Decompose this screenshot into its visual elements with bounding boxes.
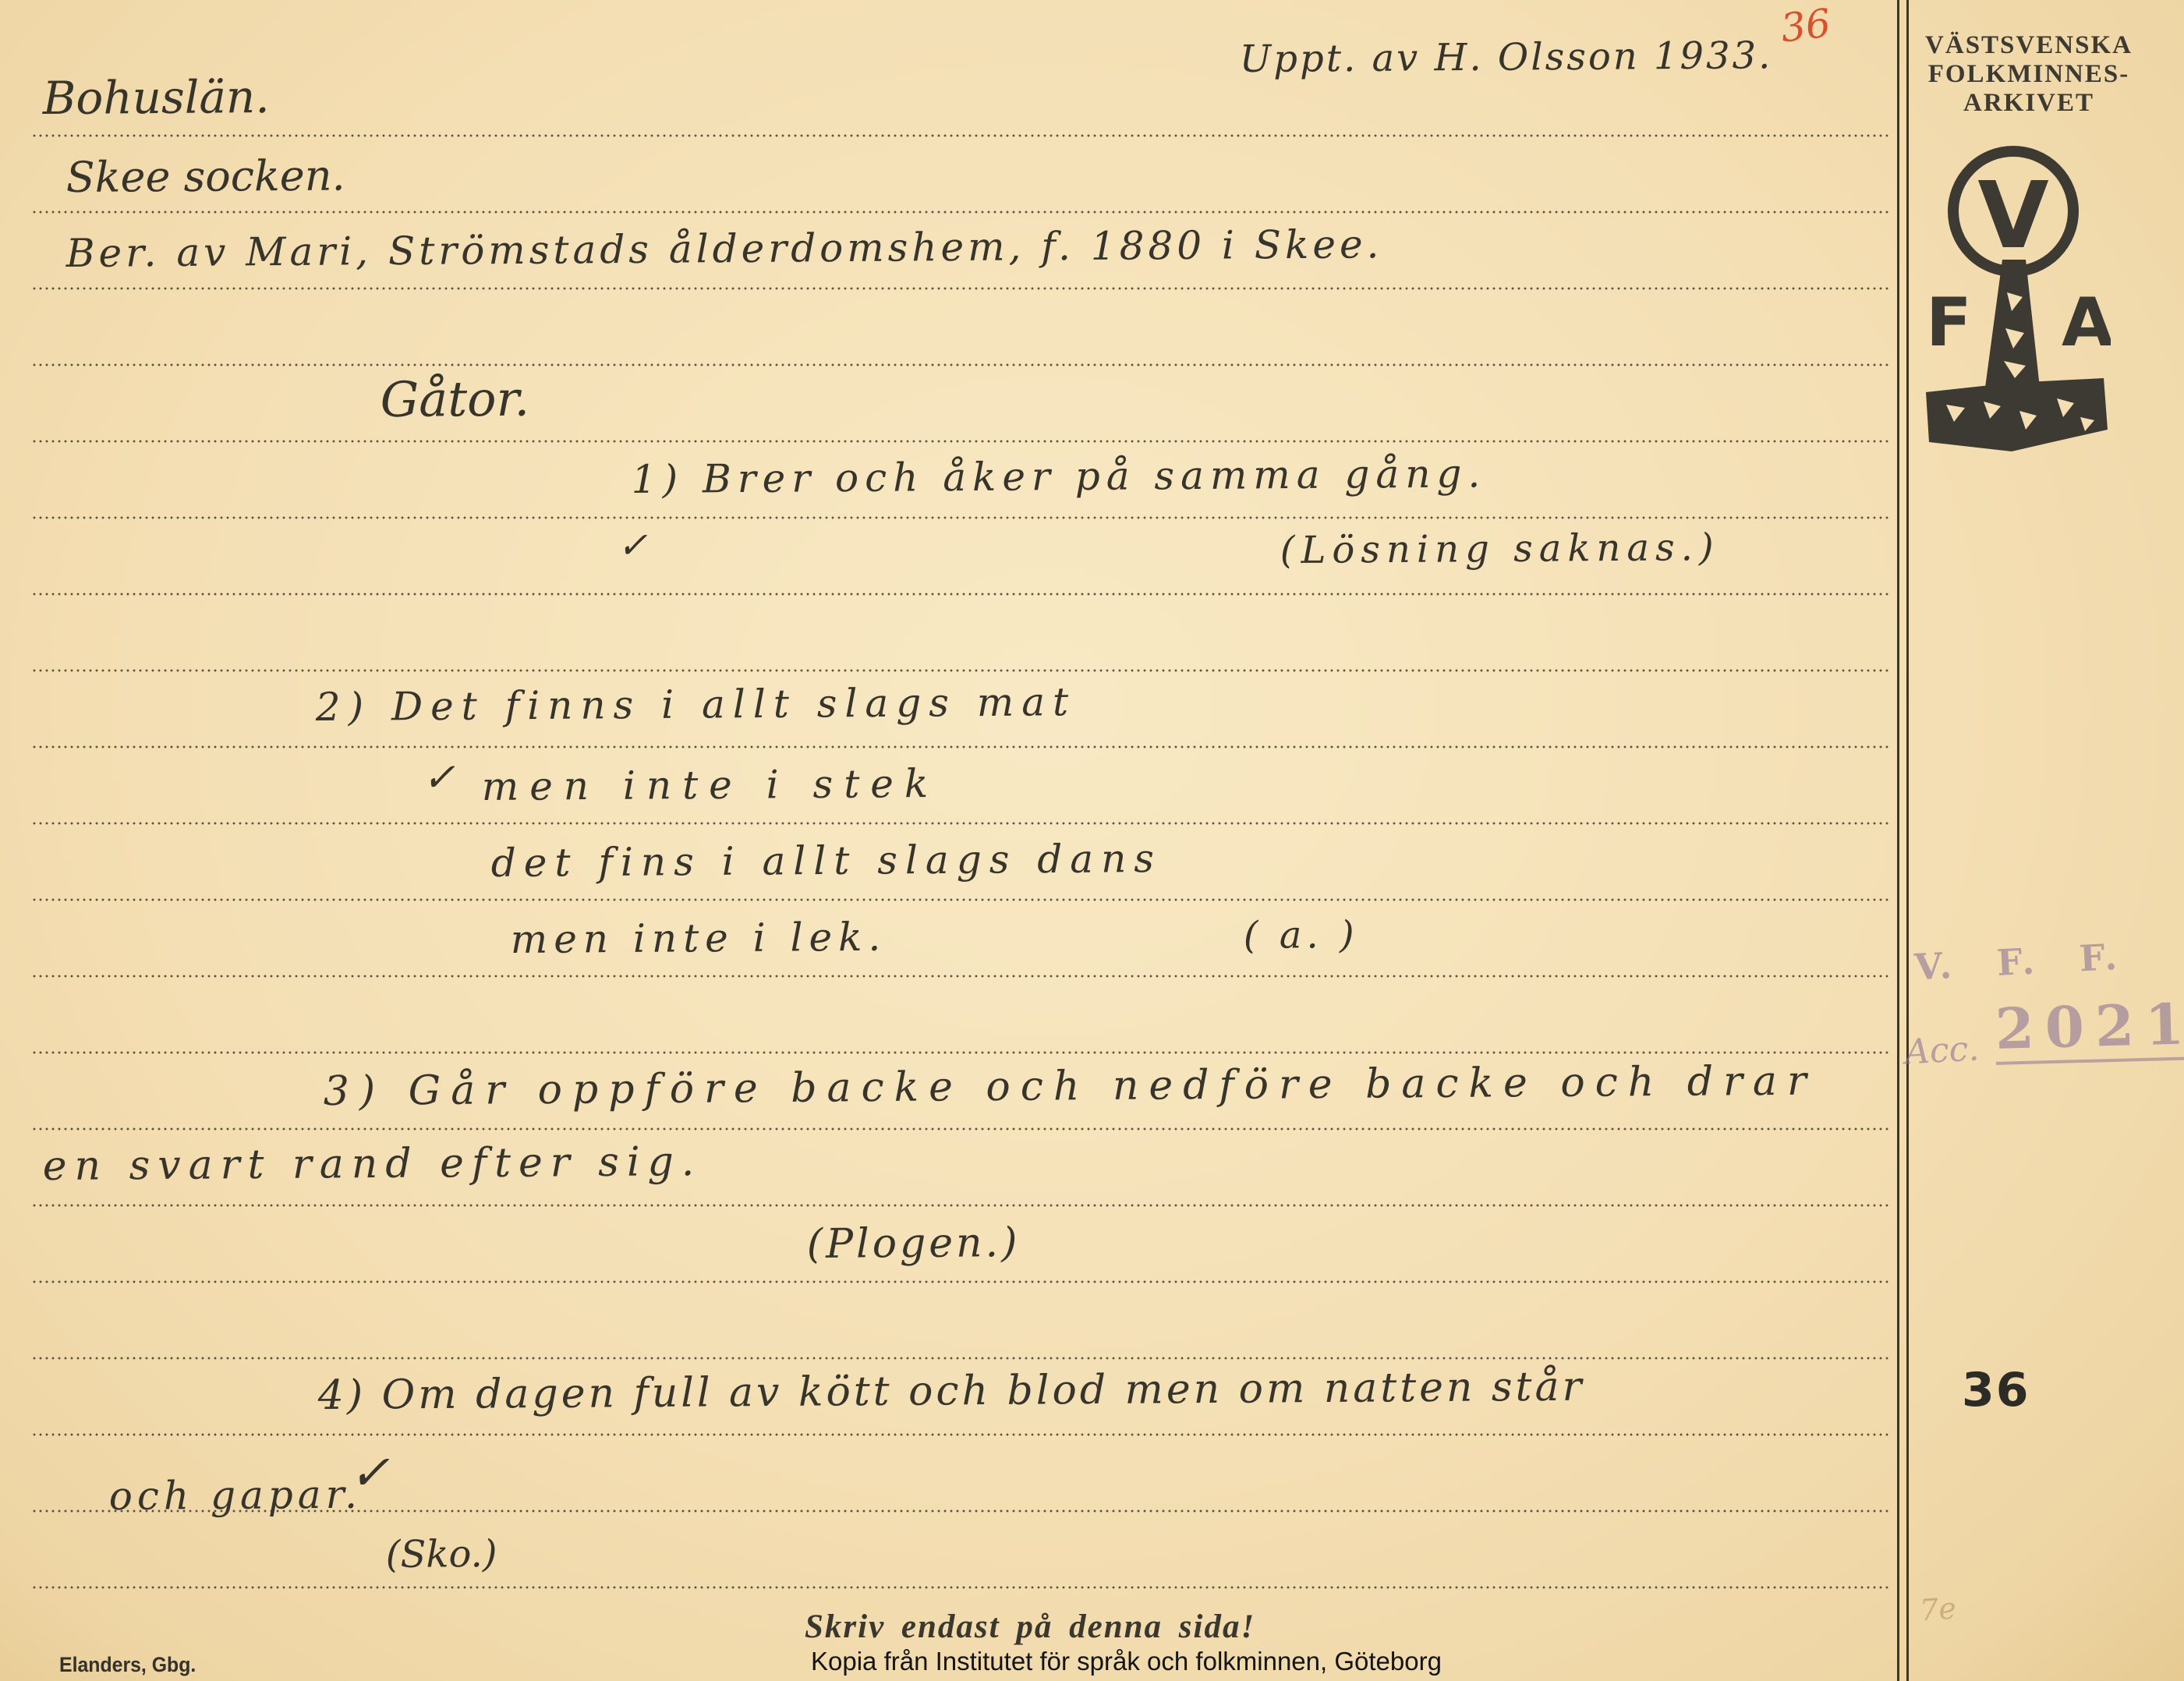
header-parish: Skee socken.	[66, 151, 345, 202]
ruled-line	[31, 822, 1891, 825]
archive-logo-thors-hammer: V F A	[1920, 144, 2111, 468]
riddle2-line1: 2) Det finns i allt slags mat	[316, 679, 1077, 730]
ruled-line	[31, 1433, 1891, 1436]
ruled-line	[31, 516, 1891, 519]
archive-name-line1: VÄSTSVENSKA	[1912, 31, 2146, 60]
ruled-line	[31, 211, 1891, 214]
header-province: Bohuslän.	[43, 70, 270, 125]
ruled-line	[31, 134, 1891, 137]
riddle4-answer: (Sko.)	[386, 1532, 497, 1577]
ruled-line	[31, 745, 1891, 748]
riddle2-answer: ( a. )	[1244, 913, 1359, 957]
riddle1-answer: (Lösning saknas.)	[1280, 526, 1720, 572]
ruled-line	[31, 593, 1891, 596]
section-title: Gåtor.	[380, 370, 529, 428]
ruled-line	[31, 1051, 1891, 1054]
archive-name-line2: FOLKMINNES-	[1912, 60, 2146, 89]
margin-divider	[1897, 0, 1909, 1681]
riddle1-line1: 1) Brer och åker på samma gång.	[632, 451, 1487, 502]
ruled-line	[31, 1357, 1891, 1360]
margin-page-number: 36	[1962, 1363, 2030, 1417]
printed-instruction: Skriv endast på denna sida!	[805, 1608, 1255, 1646]
ruled-line	[31, 898, 1891, 901]
red-page-number: 36	[1779, 0, 1833, 51]
ruled-line	[31, 1280, 1891, 1283]
check-mark: ✓	[423, 755, 455, 800]
ruled-line	[31, 363, 1891, 366]
archive-name: VÄSTSVENSKA FOLKMINNES- ARKIVET	[1912, 31, 2146, 118]
header-collector: Uppt. av H. Olsson 1933.	[1240, 34, 1773, 81]
ruled-line	[31, 287, 1891, 290]
riddle4-line1: 4) Om dagen full av kött och blod men om…	[318, 1364, 1585, 1419]
riddle2-line4: men inte i lek.	[511, 915, 887, 962]
riddle3-line1: 3) Går oppföre backe och nedföre backe o…	[324, 1058, 1817, 1115]
printer-mark: Elanders, Gbg.	[59, 1653, 196, 1677]
archive-record-card: 36 Bohuslän. Uppt. av H. Olsson 1933. Sk…	[0, 0, 2184, 1681]
ruled-line	[31, 1127, 1891, 1131]
copy-attribution: Kopia från Institutet för språk och folk…	[811, 1647, 1442, 1676]
ruled-line	[31, 1586, 1891, 1589]
logo-a-letter: A	[2062, 284, 2111, 362]
ruled-line	[31, 1204, 1891, 1207]
archive-name-line3: ARKIVET	[1912, 89, 2146, 118]
stamp-acc-number: 2021	[1995, 990, 2184, 1065]
check-mark: ✓	[349, 1444, 390, 1501]
pencil-note: 7e	[1919, 1591, 1958, 1627]
riddle2-line3: det fins i allt slags dans	[491, 836, 1163, 886]
riddle3-line2: en svart rand efter sig.	[43, 1138, 703, 1190]
riddle4-line2: och gapar.	[109, 1472, 363, 1519]
logo-f-letter: F	[1926, 284, 1972, 362]
header-informant: Ber. av Mari, Strömstads ålderdomshem, f…	[66, 221, 1383, 276]
riddle3-answer: (Plogen.)	[807, 1219, 1021, 1268]
accession-stamp: V. F. F. Acc. 2021	[1899, 933, 2184, 1073]
ruled-line	[31, 975, 1891, 978]
riddle2-line2: men inte i stek	[482, 761, 940, 809]
stamp-archive-initials: V. F. F.	[1899, 933, 2182, 989]
stamp-acc-label: Acc.	[1904, 1028, 1980, 1072]
check-mark: ✓	[618, 524, 648, 566]
logo-v-letter: V	[1977, 161, 2048, 269]
ruled-line	[31, 669, 1891, 672]
ruled-line	[31, 440, 1891, 443]
